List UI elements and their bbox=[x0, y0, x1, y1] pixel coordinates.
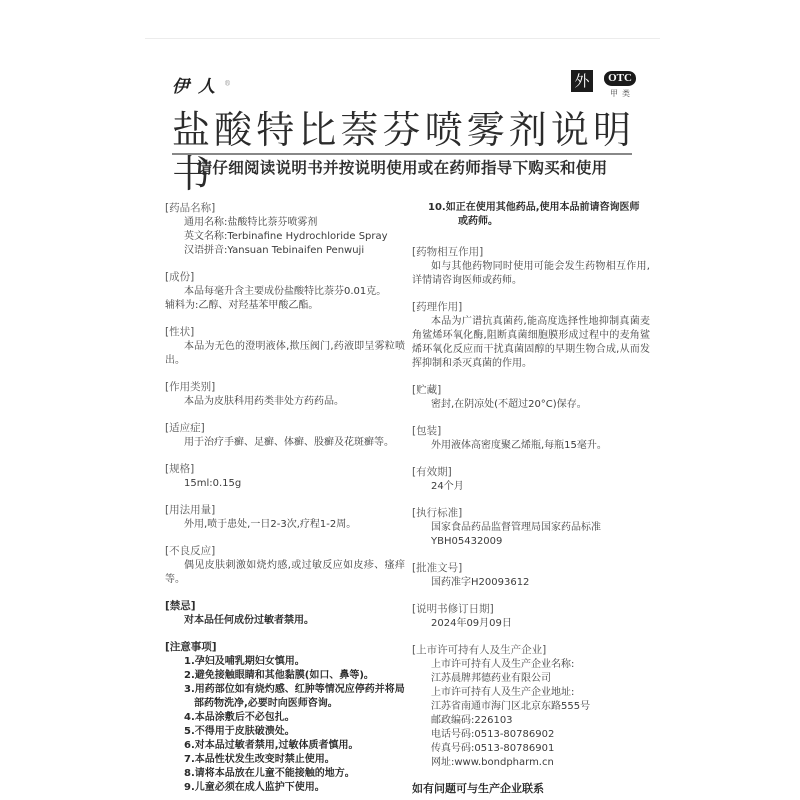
website: 网址:www.bondpharm.cn bbox=[412, 756, 650, 770]
contact-note: 如有问题可与生产企业联系 bbox=[412, 782, 650, 796]
postal-code: 邮政编码:226103 bbox=[412, 714, 650, 728]
storage-text: 密封,在阴凉处(不超过20°C)保存。 bbox=[412, 398, 650, 412]
phone-number: 电话号码:0513-80786902 bbox=[412, 728, 650, 742]
section-heading: [适应症] bbox=[165, 421, 405, 435]
specification-text: 15ml:0.15g bbox=[165, 477, 405, 491]
manufacturer-name: 江苏晨牌邦德药业有限公司 bbox=[412, 672, 650, 686]
section-heading: [批准文号] bbox=[412, 561, 650, 575]
dosage-text: 外用,喷于患处,一日2-3次,疗程1-2周。 bbox=[165, 518, 405, 532]
section-interactions: [药物相互作用] 如与其他药物同时使用可能会发生药物相互作用,详情请咨询医师或药… bbox=[412, 245, 650, 288]
adverse-reactions-text: 偶见皮肤刺激如烧灼感,或过敏反应如皮疹、瘙痒等。 bbox=[165, 559, 405, 587]
precaution-text: 2.避免接触眼睛和其他黏膜(如口、鼻等)。 bbox=[184, 670, 374, 681]
revision-date: 2024年09月09日 bbox=[412, 617, 650, 631]
registered-mark: ® bbox=[224, 79, 231, 87]
section-drug-name: [药品名称] 通用名称:盐酸特比萘芬喷雾剂 英文名称:Terbinafine H… bbox=[165, 201, 405, 258]
section-heading: [有效期] bbox=[412, 465, 650, 479]
english-name: 英文名称:Terbinafine Hydrochloride Spray bbox=[165, 230, 405, 244]
otc-badge: OTC bbox=[604, 71, 636, 86]
contraindications-text: 对本品任何成份过敏者禁用。 bbox=[165, 614, 405, 628]
interactions-text: 如与其他药物同时使用可能会发生药物相互作用,详情请咨询医师或药师。 bbox=[412, 260, 650, 288]
section-heading: [不良反应] bbox=[165, 544, 405, 558]
approval-number: 国药准字H20093612 bbox=[412, 576, 650, 590]
section-expiry: [有效期] 24个月 bbox=[412, 465, 650, 494]
precaution-text: 10.如正在使用其他药品,使用本品前请咨询医师 bbox=[428, 202, 640, 213]
precaution-text: 6.对本品过敏者禁用,过敏体质者慎用。 bbox=[184, 740, 359, 751]
section-heading: [规格] bbox=[165, 462, 405, 476]
section-heading: [包装] bbox=[412, 424, 650, 438]
precaution-item: 3.用药部位如有烧灼感、红肿等情况应停药并将局部药物洗净,必要时向医师咨询。 bbox=[165, 683, 405, 711]
section-heading: [成份] bbox=[165, 270, 405, 284]
section-approval: [批准文号] 国药准字H20093612 bbox=[412, 561, 650, 590]
precaution-item: 1.孕妇及哺乳期妇女慎用。 bbox=[165, 655, 405, 669]
section-heading: [上市许可持有人及生产企业] bbox=[412, 643, 650, 657]
section-heading: [用法用量] bbox=[165, 503, 405, 517]
section-heading: [作用类别] bbox=[165, 380, 405, 394]
otc-badge-group: OTC 甲类 bbox=[600, 66, 640, 99]
ingredients-main: 本品每毫升含主要成份盐酸特比萘芬0.01克。 bbox=[165, 285, 405, 299]
precaution-item: 2.避免接触眼睛和其他黏膜(如口、鼻等)。 bbox=[165, 669, 405, 683]
generic-name: 通用名称:盐酸特比萘芬喷雾剂 bbox=[165, 216, 405, 230]
precaution-text: 8.请将本品放在儿童不能接触的地方。 bbox=[184, 768, 355, 779]
manufacturer-address-label: 上市许可持有人及生产企业地址: bbox=[412, 686, 650, 700]
precaution-text: 9.儿童必须在成人监护下使用。 bbox=[184, 782, 325, 793]
otc-class-label: 甲类 bbox=[600, 88, 640, 99]
section-heading: [注意事项] bbox=[165, 640, 405, 654]
section-manufacturer: [上市许可持有人及生产企业] 上市许可持有人及生产企业名称: 江苏晨牌邦德药业有… bbox=[412, 643, 650, 770]
document-title: 盐酸特比萘芬喷雾剂说明书 bbox=[172, 108, 632, 196]
precaution-item: 7.本品性状发生改变时禁止使用。 bbox=[165, 753, 405, 767]
pharmacology-text: 本品为广谱抗真菌药,能高度选择性地抑制真菌麦角鲨烯环氧化酶,阻断真菌细胞膜形成过… bbox=[412, 315, 650, 371]
precaution-item: 6.对本品过敏者禁用,过敏体质者慎用。 bbox=[165, 739, 405, 753]
precaution-text: 5.不得用于皮肤破溃处。 bbox=[184, 726, 295, 737]
section-heading: [禁忌] bbox=[165, 599, 405, 613]
section-storage: [贮藏] 密封,在阴凉处(不超过20°C)保存。 bbox=[412, 383, 650, 412]
external-use-badge: 外 bbox=[571, 70, 593, 92]
precaution-text: 1.孕妇及哺乳期妇女慎用。 bbox=[184, 656, 305, 667]
section-packaging: [包装] 外用液体高密度聚乙烯瓶,每瓶15毫升。 bbox=[412, 424, 650, 453]
section-heading: [药物相互作用] bbox=[412, 245, 650, 259]
section-heading: [性状] bbox=[165, 325, 405, 339]
precaution-item-10: 10.如正在使用其他药品,使用本品前请咨询医师 或药师。 bbox=[412, 201, 650, 229]
section-contraindications: [禁忌] 对本品任何成份过敏者禁用。 bbox=[165, 599, 405, 628]
section-heading: [药品名称] bbox=[165, 201, 405, 215]
fax-number: 传真号码:0513-80786901 bbox=[412, 742, 650, 756]
precaution-item: 9.儿童必须在成人监护下使用。 bbox=[165, 781, 405, 795]
section-heading: [药理作用] bbox=[412, 300, 650, 314]
packaging-text: 外用液体高密度聚乙烯瓶,每瓶15毫升。 bbox=[412, 439, 650, 453]
title-divider bbox=[172, 153, 632, 155]
indications-text: 用于治疗手癣、足癣、体癣、股癣及花斑癣等。 bbox=[165, 436, 405, 450]
brand-logo: 伊人® bbox=[172, 72, 231, 97]
precaution-text: 3.用药部位如有烧灼感、红肿等情况应停药并将局 bbox=[184, 684, 405, 695]
page-top-edge bbox=[145, 38, 660, 39]
precaution-text: 7.本品性状发生改变时禁止使用。 bbox=[184, 754, 335, 765]
precaution-text-continued: 部药物洗净,必要时向医师咨询。 bbox=[184, 697, 405, 711]
right-column: 10.如正在使用其他药品,使用本品前请咨询医师 或药师。 [药物相互作用] 如与… bbox=[412, 201, 650, 796]
section-category: [作用类别] 本品为皮肤科用药类非处方药药品。 bbox=[165, 380, 405, 409]
section-description: [性状] 本品为无色的澄明液体,揿压阀门,药液即呈雾粒喷出。 bbox=[165, 325, 405, 368]
manufacturer-address: 江苏省南通市海门区北京东路555号 bbox=[412, 700, 650, 714]
left-column: [药品名称] 通用名称:盐酸特比萘芬喷雾剂 英文名称:Terbinafine H… bbox=[165, 201, 405, 800]
standard-text: 国家食品药品监督管理局国家药品标准YBH05432009 bbox=[412, 521, 650, 549]
expiry-text: 24个月 bbox=[412, 480, 650, 494]
section-standard: [执行标准] 国家食品药品监督管理局国家药品标准YBH05432009 bbox=[412, 506, 650, 549]
precaution-item: 4.本品涂敷后不必包扎。 bbox=[165, 711, 405, 725]
section-adverse-reactions: [不良反应] 偶见皮肤刺激如烧灼感,或过敏反应如皮疹、瘙痒等。 bbox=[165, 544, 405, 587]
section-ingredients: [成份] 本品每毫升含主要成份盐酸特比萘芬0.01克。 辅料为:乙醇、对羟基苯甲… bbox=[165, 270, 405, 313]
pinyin-name: 汉语拼音:Yansuan Tebinaifen Penwuji bbox=[165, 244, 405, 258]
precaution-item: 5.不得用于皮肤破溃处。 bbox=[165, 725, 405, 739]
section-dosage: [用法用量] 外用,喷于患处,一日2-3次,疗程1-2周。 bbox=[165, 503, 405, 532]
section-pharmacology: [药理作用] 本品为广谱抗真菌药,能高度选择性地抑制真菌麦角鲨烯环氧化酶,阻断真… bbox=[412, 300, 650, 371]
description-text: 本品为无色的澄明液体,揿压阀门,药液即呈雾粒喷出。 bbox=[165, 340, 405, 368]
section-indications: [适应症] 用于治疗手癣、足癣、体癣、股癣及花斑癣等。 bbox=[165, 421, 405, 450]
section-revision-date: [说明书修订日期] 2024年09月09日 bbox=[412, 602, 650, 631]
document-subtitle: 请仔细阅读说明书并按说明使用或在药师指导下购买和使用 bbox=[172, 157, 632, 179]
precaution-text: 4.本品涂敷后不必包扎。 bbox=[184, 712, 295, 723]
brand-name: 伊人 bbox=[172, 77, 224, 97]
category-text: 本品为皮肤科用药类非处方药药品。 bbox=[165, 395, 405, 409]
ingredients-excipients: 辅料为:乙醇、对羟基苯甲酸乙酯。 bbox=[165, 299, 405, 313]
section-heading: [执行标准] bbox=[412, 506, 650, 520]
section-heading: [说明书修订日期] bbox=[412, 602, 650, 616]
section-heading: [贮藏] bbox=[412, 383, 650, 397]
precaution-item: 8.请将本品放在儿童不能接触的地方。 bbox=[165, 767, 405, 781]
precaution-text-continued: 或药师。 bbox=[428, 215, 650, 229]
section-precautions: [注意事项] 1.孕妇及哺乳期妇女慎用。 2.避免接触眼睛和其他黏膜(如口、鼻等… bbox=[165, 640, 405, 795]
section-specification: [规格] 15ml:0.15g bbox=[165, 462, 405, 491]
manufacturer-name-label: 上市许可持有人及生产企业名称: bbox=[412, 658, 650, 672]
